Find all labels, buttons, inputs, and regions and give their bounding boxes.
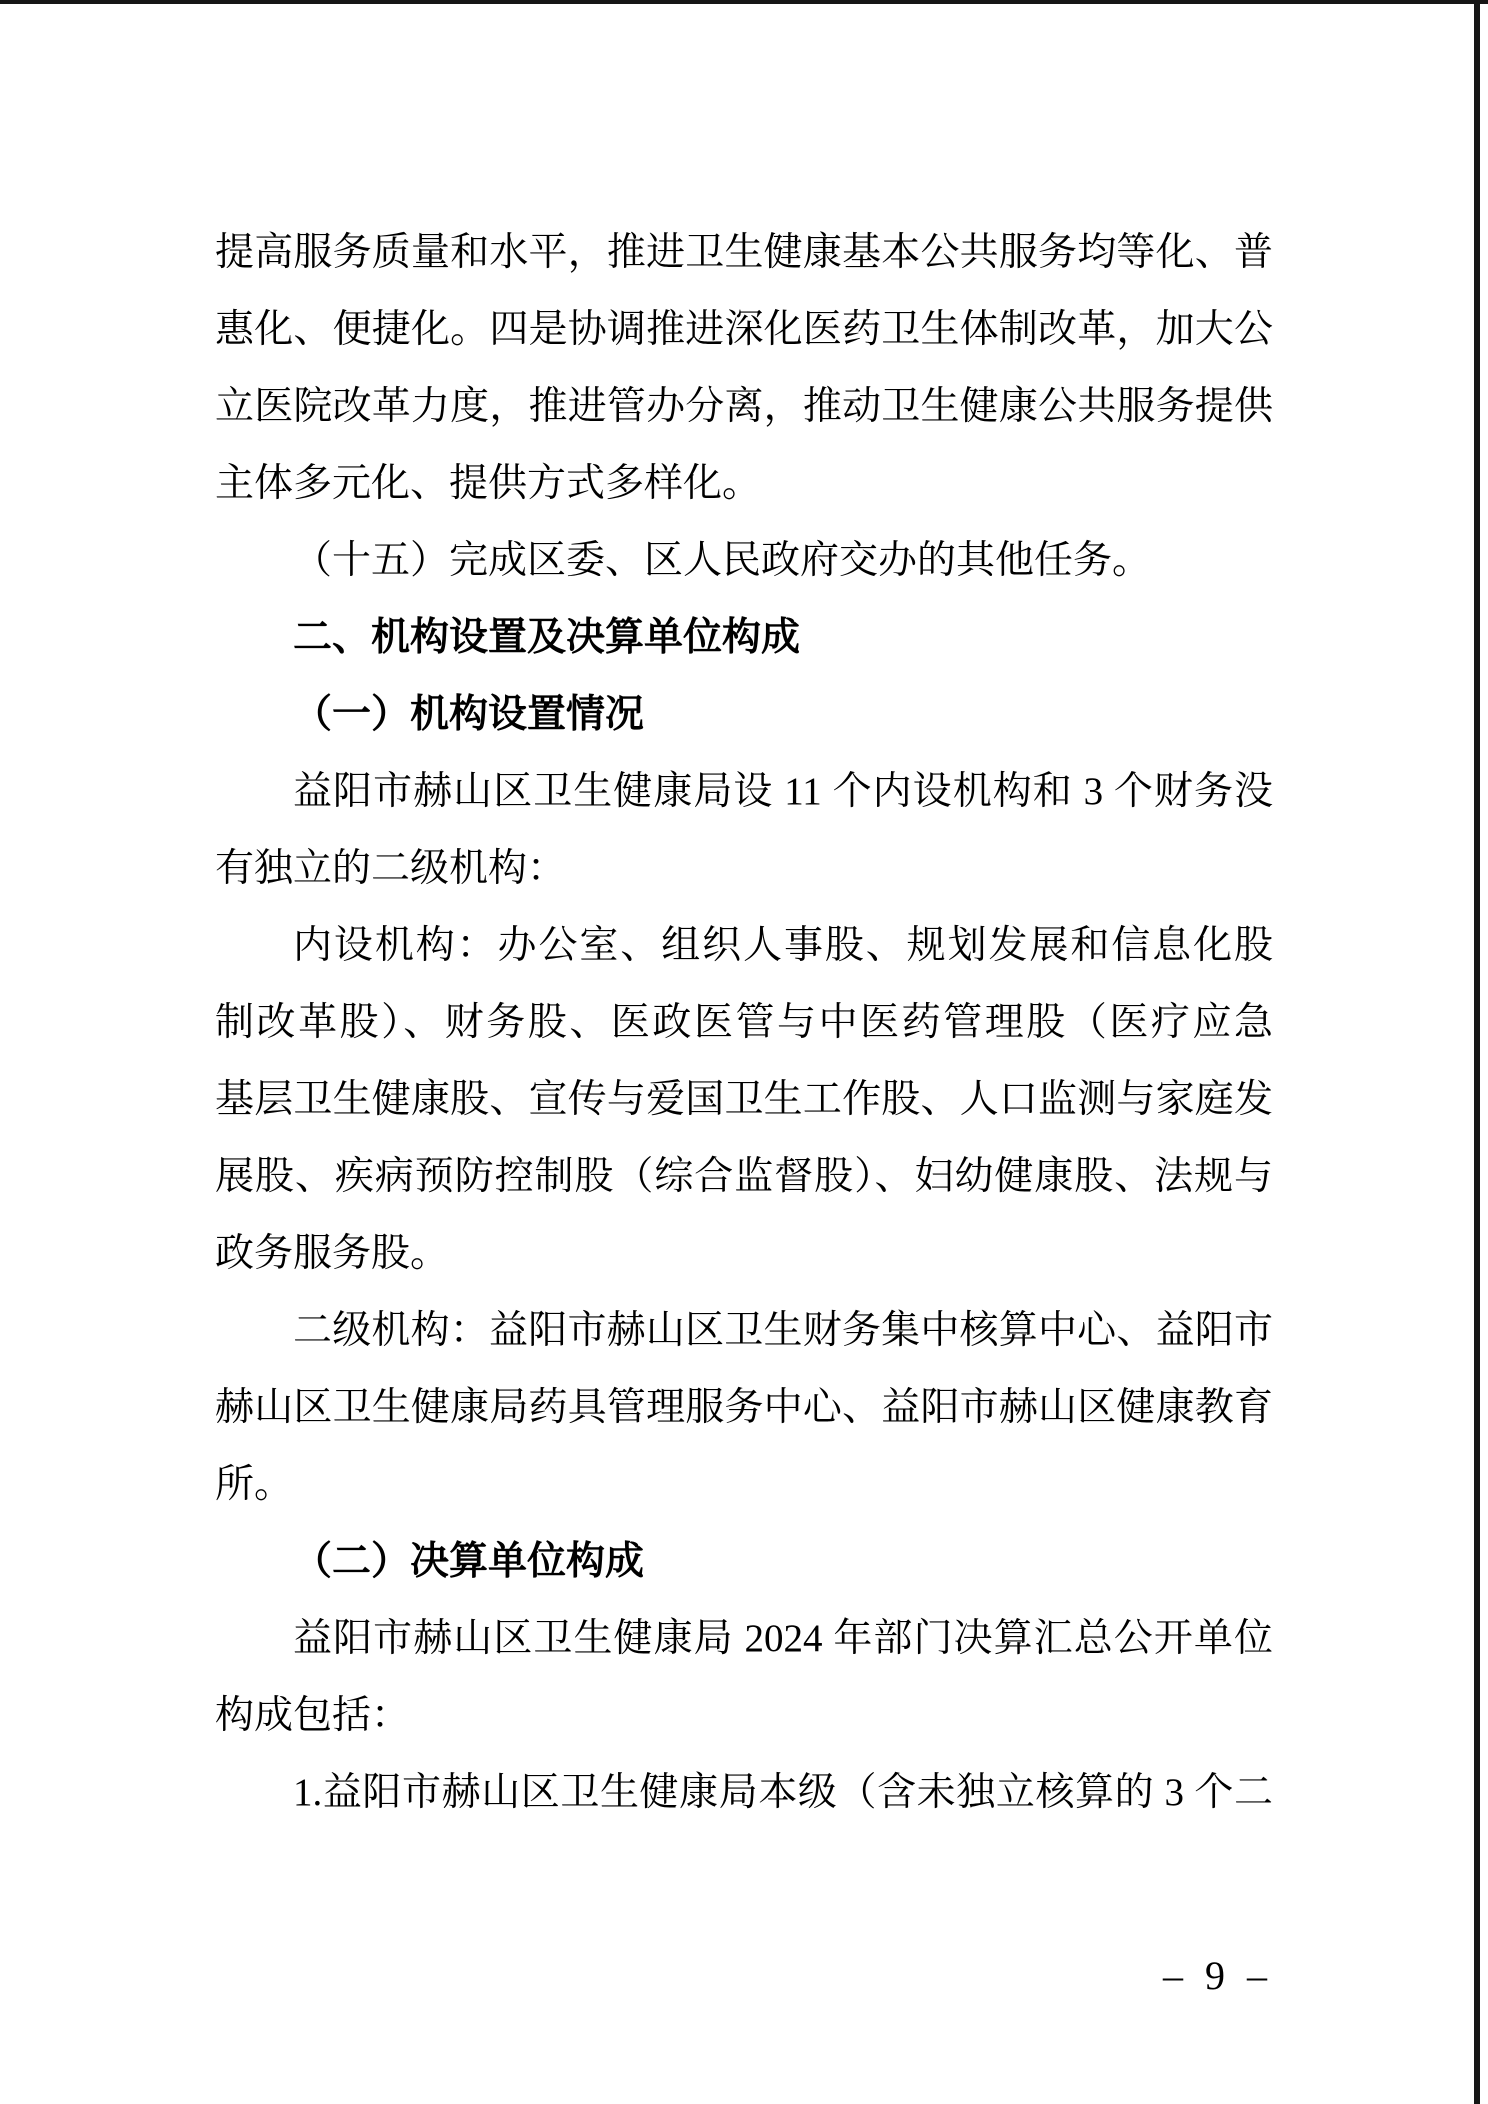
document-body: 提高服务质量和水平，推进卫生健康基本公共服务均等化、普惠化、便捷化。四是协调推进… (215, 214, 1273, 1831)
text-line: 二级机构：益阳市赫山区卫生财务集中核算中心、益阳市 (215, 1292, 1273, 1369)
text-line: 政务服务股。 (215, 1215, 1273, 1292)
text-line: （十五）完成区委、区人民政府交办的其他任务。 (215, 522, 1273, 599)
text-line: 主体多元化、提供方式多样化。 (215, 445, 1273, 522)
page-number: – 9 – (1163, 1946, 1273, 2006)
text-line: 益阳市赫山区卫生健康局设 11 个内设机构和 3 个财务没 (215, 753, 1273, 830)
heading-line: （二）决算单位构成 (215, 1523, 1273, 1600)
text-line: 有独立的二级机构： (215, 830, 1273, 907)
heading-line: （一）机构设置情况 (215, 676, 1273, 753)
text-line: 制改革股）、财务股、医政医管与中医药管理股（医疗应急办）、 (215, 984, 1273, 1061)
text-line: 构成包括： (215, 1677, 1273, 1754)
text-line: 展股、疾病预防控制股（综合监督股）、妇幼健康股、法规与 (215, 1138, 1273, 1215)
text-line: 立医院改革力度，推进管办分离，推动卫生健康公共服务提供 (215, 368, 1273, 445)
text-line: 惠化、便捷化。四是协调推进深化医药卫生体制改革，加大公 (215, 291, 1273, 368)
heading-line: 二、机构设置及决算单位构成 (215, 599, 1273, 676)
page-right-border (1474, 0, 1480, 2104)
text-line: 所。 (215, 1446, 1273, 1523)
page-top-border (0, 0, 1488, 4)
text-line: 益阳市赫山区卫生健康局 2024 年部门决算汇总公开单位 (215, 1600, 1273, 1677)
text-line: 提高服务质量和水平，推进卫生健康基本公共服务均等化、普 (215, 214, 1273, 291)
document-page: { "theme": { "page-bg": "#ffffff", "text… (0, 0, 1488, 2104)
text-line: 赫山区卫生健康局药具管理服务中心、益阳市赫山区健康教育 (215, 1369, 1273, 1446)
text-line: 1.益阳市赫山区卫生健康局本级（含未独立核算的 3 个二 (215, 1754, 1273, 1831)
text-line: 基层卫生健康股、宣传与爱国卫生工作股、人口监测与家庭发 (215, 1061, 1273, 1138)
text-line: 内设机构：办公室、组织人事股、规划发展和信息化股（体 (215, 907, 1273, 984)
